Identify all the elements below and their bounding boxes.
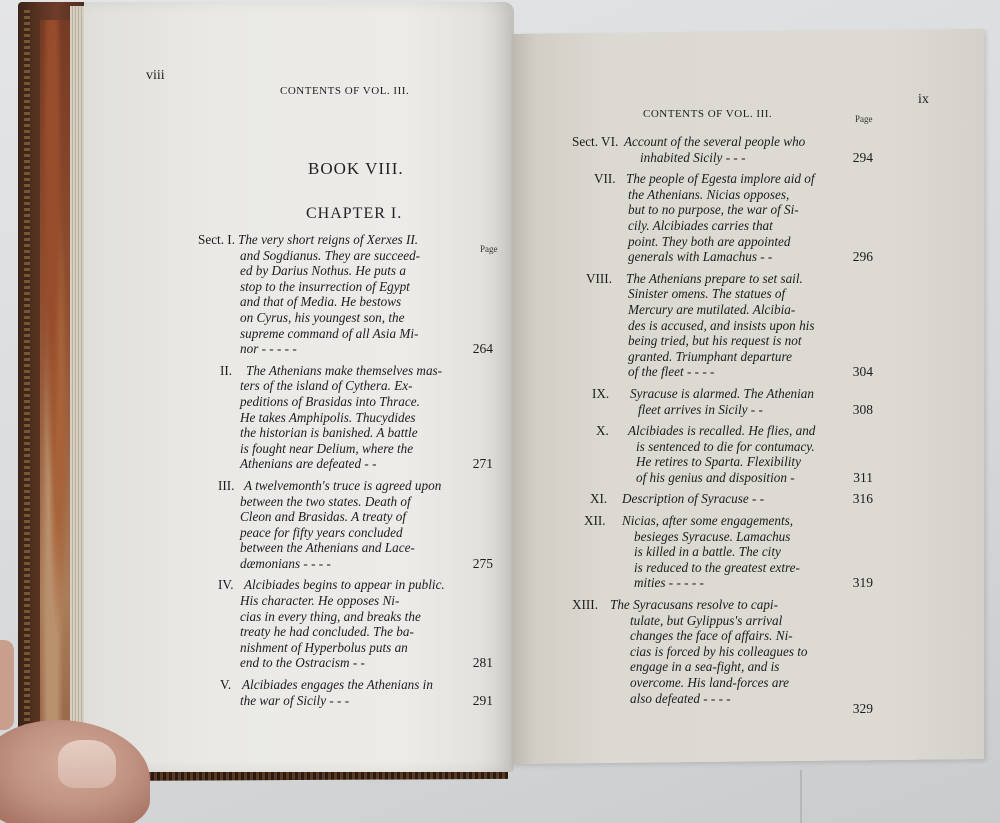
running-head-right: CONTENTS OF VOL. III. bbox=[643, 108, 772, 120]
desc-line: His character. He opposes Ni- bbox=[240, 593, 468, 609]
toc-entry: Sect. I. The very short reigns of Xerxes… bbox=[198, 232, 468, 357]
page-number: 281 bbox=[473, 655, 493, 671]
desc-line: also defeated - - - - bbox=[630, 691, 837, 707]
page-number: 294 bbox=[853, 150, 873, 166]
toc-entry: II. The Athenians make themselves mas- t… bbox=[198, 363, 468, 472]
desc-line: ed by Darius Nothus. He puts a bbox=[240, 263, 468, 279]
page-number: 308 bbox=[853, 402, 873, 418]
desc-line: Account of the several people who bbox=[624, 134, 837, 150]
desc-line: Alcibiades engages the Athenians in bbox=[242, 677, 468, 693]
chapter-title: CHAPTER I. bbox=[306, 205, 402, 223]
thumbnail-nail bbox=[58, 740, 116, 788]
desc-line: stop to the insurrection of Egypt bbox=[240, 279, 468, 295]
desc-line: A twelvemonth's truce is agreed upon bbox=[244, 478, 468, 494]
section-number: Sect. I. bbox=[198, 232, 235, 248]
page-number: 296 bbox=[853, 249, 873, 265]
desc-line: besieges Syracuse. Lamachus bbox=[634, 529, 837, 545]
desc-line: granted. Triumphant departure bbox=[628, 349, 837, 365]
desc-line: changes the face of affairs. Ni- bbox=[630, 628, 837, 644]
toc-entry: VIII. The Athenians prepare to set sail.… bbox=[572, 271, 837, 380]
desc-line: He retires to Sparta. Flexibility bbox=[636, 454, 837, 470]
desc-line: generals with Lamachus - - bbox=[628, 249, 837, 265]
section-description: Description of Syracuse - - bbox=[628, 491, 837, 507]
finger bbox=[0, 640, 14, 730]
toc-right: Sect. VI. Account of the several people … bbox=[572, 134, 837, 712]
section-description: The people of Egesta implore aid of the … bbox=[628, 171, 837, 265]
page-number: 291 bbox=[473, 693, 493, 709]
desc-line: peace for fifty years concluded bbox=[240, 525, 468, 541]
desc-line: The Syracusans resolve to capi- bbox=[610, 597, 837, 613]
desc-line: on Cyrus, his youngest son, the bbox=[240, 310, 468, 326]
section-number: XI. bbox=[590, 491, 607, 507]
desc-line: engage in a sea-fight, and is bbox=[630, 659, 837, 675]
section-description: Nicias, after some engagements, besieges… bbox=[628, 513, 837, 591]
marbled-edge bbox=[40, 20, 70, 740]
toc-entry: XIII. The Syracusans resolve to capi- tu… bbox=[572, 597, 837, 706]
section-description: The Syracusans resolve to capi- tulate, … bbox=[628, 597, 837, 706]
toc-entry: XII. Nicias, after some engagements, bes… bbox=[572, 513, 837, 591]
section-description: Account of the several people who inhabi… bbox=[628, 134, 837, 165]
section-number: VII. bbox=[594, 171, 616, 187]
folio-left: viii bbox=[146, 68, 165, 84]
toc-left: Sect. I. The very short reigns of Xerxes… bbox=[198, 232, 468, 714]
desc-line: treaty he had concluded. The ba- bbox=[240, 624, 468, 640]
desc-line: the historian is banished. A battle bbox=[240, 425, 468, 441]
desc-line: is reduced to the greatest extre- bbox=[634, 560, 837, 576]
desc-line: des is accused, and insists upon his bbox=[628, 318, 837, 334]
section-description: A twelvemonth's truce is agreed upon bet… bbox=[240, 478, 468, 572]
toc-entry: V. Alcibiades engages the Athenians in t… bbox=[198, 677, 468, 708]
desc-line: ters of the island of Cythera. Ex- bbox=[240, 378, 468, 394]
desc-line: Cleon and Brasidas. A treaty of bbox=[240, 509, 468, 525]
desc-line: Alcibiades begins to appear in public. bbox=[244, 577, 468, 593]
page-number: 329 bbox=[853, 701, 873, 717]
toc-entry: IX. Syracuse is alarmed. The Athenian fl… bbox=[572, 386, 837, 417]
desc-line: Description of Syracuse - - bbox=[622, 491, 837, 507]
desc-line: end to the Ostracism - - bbox=[240, 655, 468, 671]
desc-line: cias in every thing, and breaks the bbox=[240, 609, 468, 625]
toc-entry: XI. Description of Syracuse - - 316 bbox=[572, 491, 837, 507]
desc-line: He takes Amphipolis. Thucydides bbox=[240, 410, 468, 426]
gilt-tooling bbox=[24, 10, 30, 770]
page-number: 311 bbox=[853, 470, 873, 486]
desc-line: fleet arrives in Sicily - - bbox=[638, 402, 837, 418]
desc-line: inhabited Sicily - - - bbox=[640, 150, 837, 166]
section-description: The Athenians make themselves mas- ters … bbox=[240, 363, 468, 472]
page-column-label-right: Page bbox=[855, 114, 873, 124]
toc-entry: III. A twelvemonth's truce is agreed upo… bbox=[198, 478, 468, 572]
section-number: XII. bbox=[584, 513, 606, 529]
desc-line: overcome. His land-forces are bbox=[630, 675, 837, 691]
desc-line: tulate, but Gylippus's arrival bbox=[630, 613, 837, 629]
section-number: IX. bbox=[592, 386, 609, 402]
desc-line: peditions of Brasidas into Thrace. bbox=[240, 394, 468, 410]
toc-entry: Sect. VI. Account of the several people … bbox=[572, 134, 837, 165]
section-description: Alcibiades engages the Athenians in the … bbox=[240, 677, 468, 708]
desc-line: and Sogdianus. They are succeed- bbox=[240, 248, 468, 264]
toc-entry: VII. The people of Egesta implore aid of… bbox=[572, 171, 837, 265]
table-surface-crack bbox=[800, 770, 802, 823]
section-description: Syracuse is alarmed. The Athenian fleet … bbox=[628, 386, 837, 417]
section-number: X. bbox=[596, 423, 609, 439]
section-number: V. bbox=[220, 677, 231, 693]
desc-line: is fought near Delium, where the bbox=[240, 441, 468, 457]
desc-line: and that of Media. He bestows bbox=[240, 294, 468, 310]
section-number: Sect. VI. bbox=[572, 134, 618, 150]
desc-line: dæmonians - - - - bbox=[240, 556, 468, 572]
desc-line: The people of Egesta implore aid of bbox=[626, 171, 837, 187]
desc-line: cias is forced by his colleagues to bbox=[630, 644, 837, 660]
desc-line: but to no purpose, the war of Si- bbox=[628, 202, 837, 218]
desc-line: between the Athenians and Lace- bbox=[240, 540, 468, 556]
desc-line: being tried, but his request is not bbox=[628, 333, 837, 349]
desc-line: supreme command of all Asia Mi- bbox=[240, 326, 468, 342]
book-title: BOOK VIII. bbox=[308, 159, 404, 179]
running-head-left: CONTENTS OF VOL. III. bbox=[280, 85, 409, 97]
desc-line: of his genius and disposition - bbox=[636, 470, 837, 486]
section-number: II. bbox=[220, 363, 232, 379]
section-number: III. bbox=[218, 478, 234, 494]
desc-line: Mercury are mutilated. Alcibia- bbox=[628, 302, 837, 318]
desc-line: Athenians are defeated - - bbox=[240, 456, 468, 472]
desc-line: is killed in a battle. The city bbox=[634, 544, 837, 560]
section-description: The Athenians prepare to set sail. Sinis… bbox=[628, 271, 837, 380]
desc-line: point. They both are appointed bbox=[628, 234, 837, 250]
section-number: XIII. bbox=[572, 597, 598, 613]
desc-line: the war of Sicily - - - bbox=[240, 693, 468, 709]
folio-right: ix bbox=[918, 92, 929, 108]
toc-entry: IV. Alcibiades begins to appear in publi… bbox=[198, 577, 468, 671]
page-number: 316 bbox=[853, 491, 873, 507]
desc-line: The Athenians prepare to set sail. bbox=[626, 271, 837, 287]
desc-line: The Athenians make themselves mas- bbox=[246, 363, 468, 379]
page-number: 271 bbox=[473, 456, 493, 472]
page-column-label: Page bbox=[480, 244, 498, 254]
desc-line: Nicias, after some engagements, bbox=[622, 513, 837, 529]
desc-line: The very short reigns of Xerxes II. bbox=[238, 232, 468, 248]
section-description: Alcibiades begins to appear in public. H… bbox=[240, 577, 468, 671]
section-description: Alcibiades is recalled. He flies, and is… bbox=[628, 423, 837, 485]
desc-line: the Athenians. Nicias opposes, bbox=[628, 187, 837, 203]
desc-line: nishment of Hyperbolus puts an bbox=[240, 640, 468, 656]
desc-line: Syracuse is alarmed. The Athenian bbox=[630, 386, 837, 402]
page-number: 264 bbox=[473, 341, 493, 357]
section-number: IV. bbox=[218, 577, 234, 593]
page-number: 304 bbox=[853, 364, 873, 380]
desc-line: between the two states. Death of bbox=[240, 494, 468, 510]
desc-line: Alcibiades is recalled. He flies, and bbox=[628, 423, 837, 439]
section-description: The very short reigns of Xerxes II. and … bbox=[240, 232, 468, 357]
section-number: VIII. bbox=[586, 271, 612, 287]
desc-line: is sentenced to die for contumacy. bbox=[636, 439, 837, 455]
desc-line: cily. Alcibiades carries that bbox=[628, 218, 837, 234]
page-number: 319 bbox=[853, 575, 873, 591]
desc-line: Sinister omens. The statues of bbox=[628, 286, 837, 302]
desc-line: nor - - - - - bbox=[240, 341, 468, 357]
page-number: 275 bbox=[473, 556, 493, 572]
toc-entry: X. Alcibiades is recalled. He flies, and… bbox=[572, 423, 837, 485]
desc-line: of the fleet - - - - bbox=[628, 364, 837, 380]
desc-line: mities - - - - - bbox=[634, 575, 837, 591]
